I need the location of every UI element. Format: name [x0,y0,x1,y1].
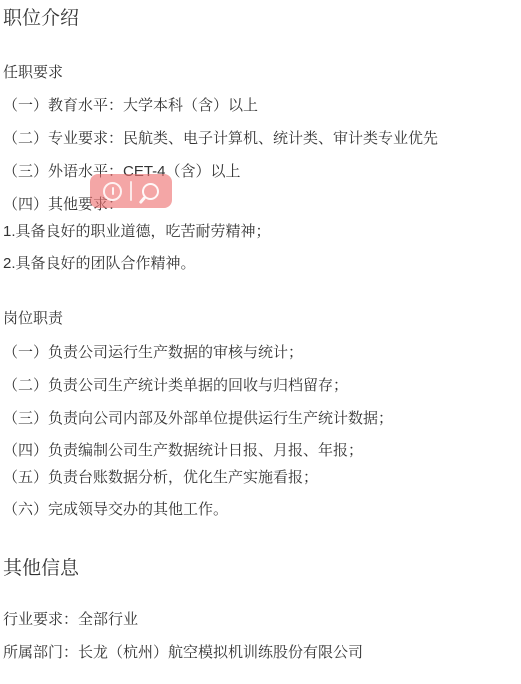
watermark-divider [130,181,132,201]
duty-item: （二）负责公司生产统计类单据的回收与归档留存； [3,376,348,396]
duty-item: （四）负责编制公司生产数据统计日报、月报、年报； [3,441,363,461]
job-description-page: 职位介绍 任职要求 （一）教育水平：大学本科（含）以上 （二）专业要求：民航类、… [0,0,521,684]
page-title: 职位介绍 [3,7,79,31]
requirement-item: （二）专业要求：民航类、电子计算机、统计类、审计类专业优先 [3,129,438,149]
duty-item: （一）负责公司运行生产数据的审核与统计； [3,343,303,363]
recognize-circle-icon[interactable] [103,182,122,201]
other-info-heading: 其他信息 [3,557,79,581]
image-search-overlay[interactable] [90,174,172,208]
duty-item: （六）完成领导交办的其他工作。 [3,500,228,520]
requirements-heading: 任职要求 [3,63,63,83]
requirement-note: 2.具备良好的团队合作精神。 [3,254,196,274]
industry-requirement-field: 行业要求：全部行业 [3,610,138,630]
magnifier-icon[interactable] [142,183,159,200]
requirement-item: （一）教育水平：大学本科（含）以上 [3,96,258,116]
requirement-note: 1.具备良好的职业道德，吃苦耐劳精神； [3,222,271,242]
duty-item: （三）负责向公司内部及外部单位提供运行生产统计数据； [3,409,393,429]
duty-item: （五）负责台账数据分析，优化生产实施看报； [3,468,318,488]
department-field: 所属部门：长龙（杭州）航空模拟机训练股份有限公司 [3,643,363,663]
duties-heading: 岗位职责 [3,309,63,329]
